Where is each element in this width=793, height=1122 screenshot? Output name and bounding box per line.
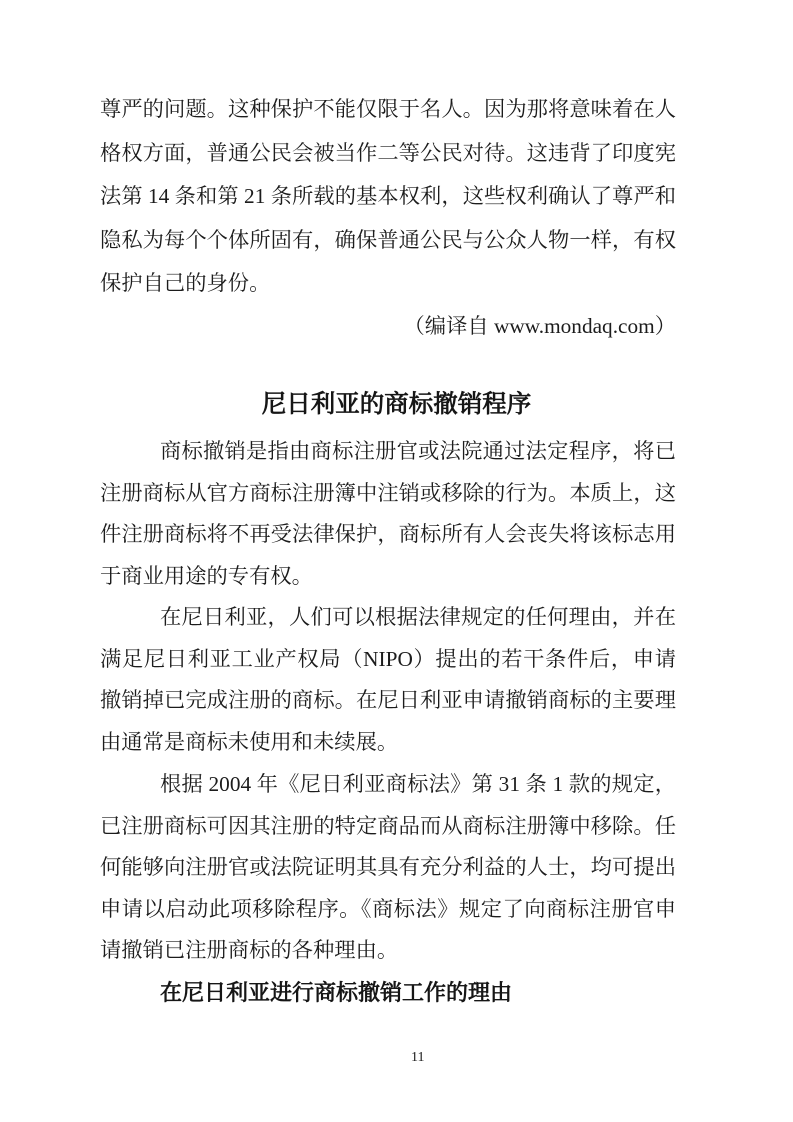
article-subheading: 在尼日利亚进行商标撤销工作的理由 (100, 972, 676, 1014)
document-page: 尊严的问题。这种保护不能仅限于名人。因为那将意味着在人格权方面，普通公民会被当作… (0, 0, 793, 1122)
attribution-line: （编译自 www.mondaq.com） (100, 305, 676, 349)
article-title: 尼日利亚的商标撤销程序 (0, 383, 793, 427)
paragraph-continuation: 尊严的问题。这种保护不能仅限于名人。因为那将意味着在人格权方面，普通公民会被当作… (100, 88, 676, 306)
article-paragraph-1: 商标撤销是指由商标注册官或法院通过法定程序，将已注册商标从官方商标注册簿中注销或… (100, 431, 676, 597)
page-number: 11 (411, 1049, 424, 1067)
article-paragraph-2: 在尼日利亚，人们可以根据法律规定的任何理由，并在满足尼日利亚工业产权局（NIPO… (100, 597, 676, 763)
article-paragraph-3: 根据 2004 年《尼日利亚商标法》第 31 条 1 款的规定，已注册商标可因其… (100, 764, 676, 972)
